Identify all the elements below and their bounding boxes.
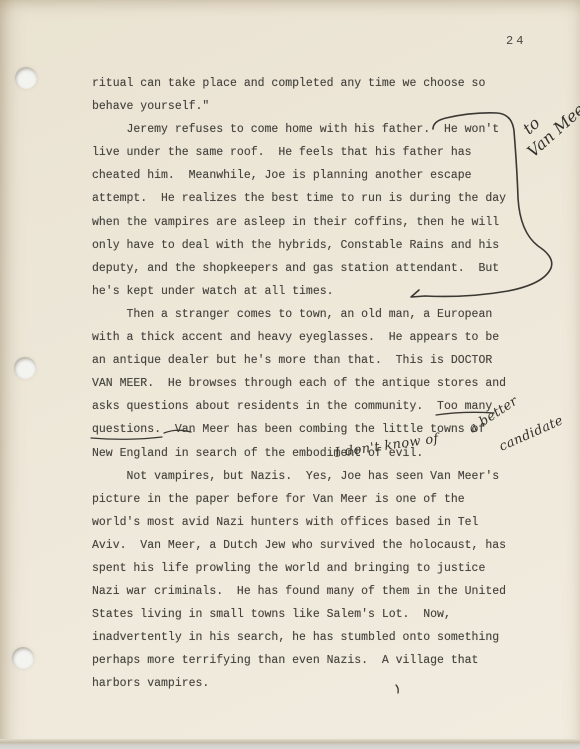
typed-line: questions. Van Meer has been combing the… (92, 418, 532, 441)
typed-line: harbors vampires. (92, 672, 532, 695)
typed-line: Nazi war criminals. He has found many of… (92, 580, 532, 603)
typed-line: asks questions about residents in the co… (92, 395, 532, 418)
typed-line: an antique dealer but he's more than tha… (92, 349, 532, 372)
typed-line: spent his life prowling the world and br… (92, 557, 532, 580)
typed-line: ritual can take place and completed any … (92, 72, 532, 95)
typed-line: attempt. He realizes the best time to ru… (92, 187, 532, 210)
typed-line: VAN MEER. He browses through each of the… (92, 372, 532, 395)
typed-line: he's kept under watch at all times. (92, 280, 532, 303)
scanner-edge (0, 739, 580, 749)
typed-line: when the vampires are asleep in their co… (92, 211, 532, 234)
typed-line: world's most avid Nazi hunters with offi… (92, 511, 532, 534)
typed-line: Then a stranger comes to town, an old ma… (92, 303, 532, 326)
punch-hole-top (15, 67, 37, 89)
typed-line: States living in small towns like Salem'… (92, 603, 532, 626)
page-number: 24 (506, 34, 526, 48)
typed-line: picture in the paper before for Van Meer… (92, 488, 532, 511)
typed-line: cheated him. Meanwhile, Joe is planning … (92, 164, 532, 187)
typed-line: Not vampires, but Nazis. Yes, Joe has se… (92, 465, 532, 488)
manuscript-page: 24 ritual can take place and completed a… (0, 0, 580, 749)
typed-text: ritual can take place and completed any … (92, 72, 532, 696)
typed-line: Jeremy refuses to come home with his fat… (92, 118, 532, 141)
typed-line: behave yourself." (92, 95, 532, 118)
typed-line: inadvertently in his search, he has stum… (92, 626, 532, 649)
typed-line: deputy, and the shopkeepers and gas stat… (92, 257, 532, 280)
typed-line: only have to deal with the hybrids, Cons… (92, 234, 532, 257)
typed-line: New England in search of the embodiment … (92, 442, 532, 465)
typed-line: perhaps more terrifying than even Nazis.… (92, 649, 532, 672)
punch-hole-middle (14, 357, 36, 379)
punch-hole-bottom (12, 647, 34, 669)
typed-line: live under the same roof. He feels that … (92, 141, 532, 164)
typed-line: with a thick accent and heavy eyeglasses… (92, 326, 532, 349)
typed-line: Aviv. Van Meer, a Dutch Jew who survived… (92, 534, 532, 557)
